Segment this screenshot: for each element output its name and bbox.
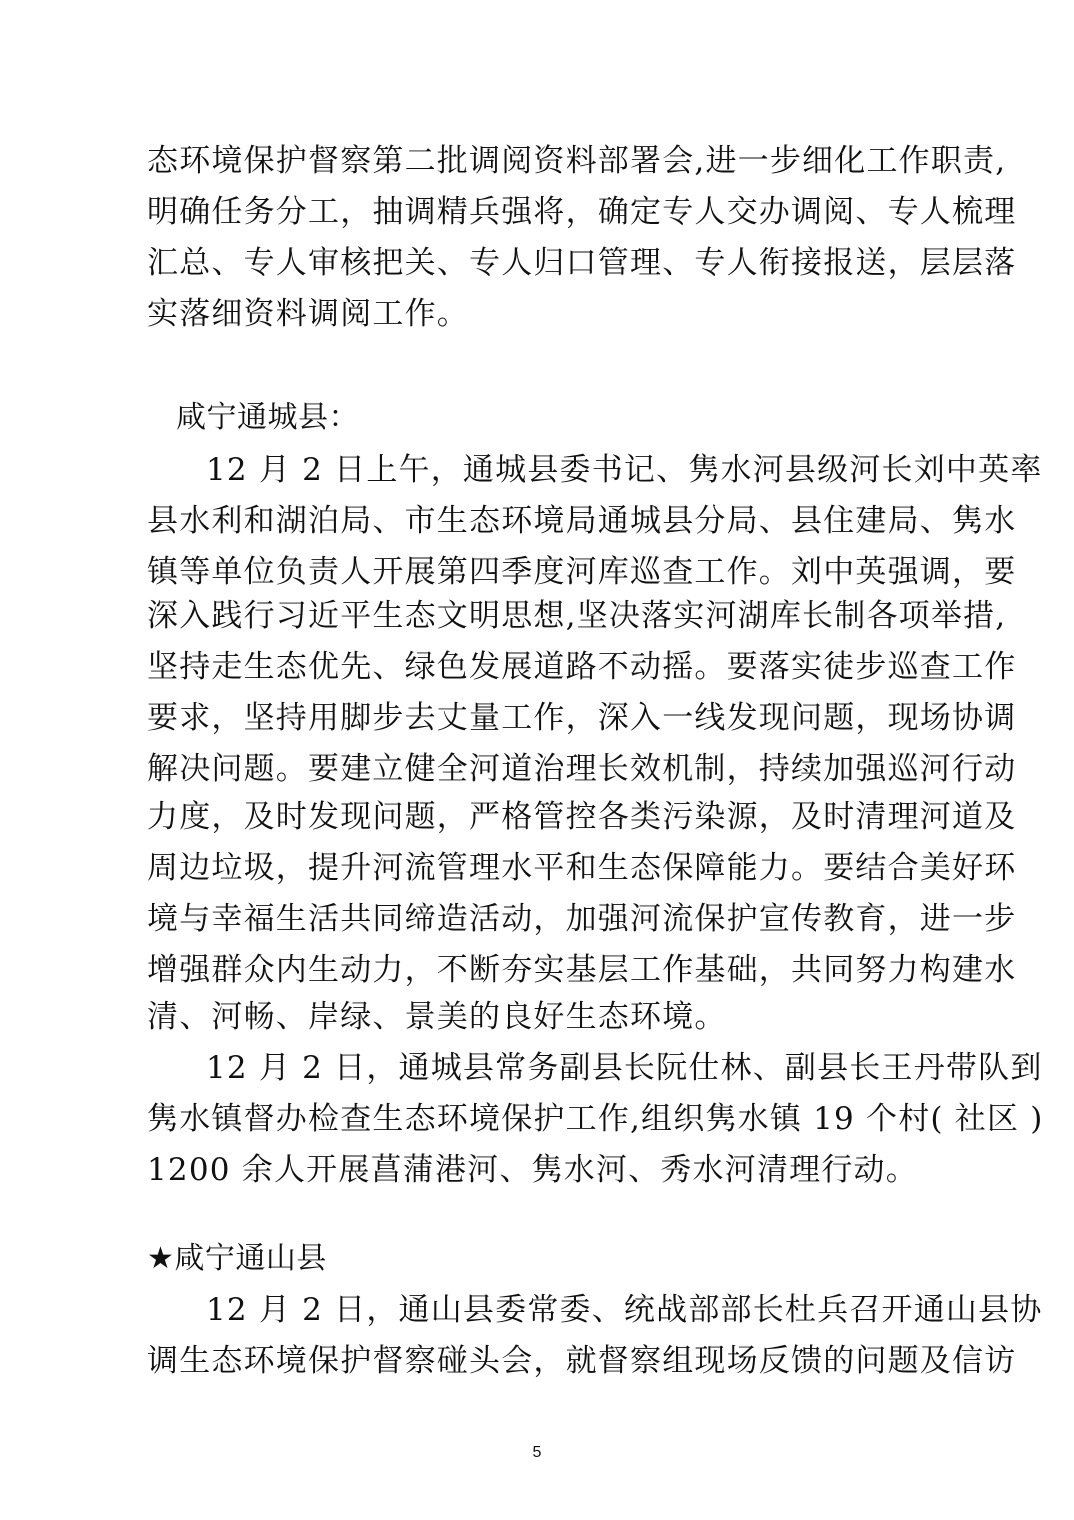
paragraph-line: 12 月 2 日，通山县委常委、统战部部长杜兵召开通山县协 — [206, 1290, 996, 1330]
paragraph-line: 1200 余人开展菖蒲港河、隽水河、秀水河清理行动。 — [147, 1150, 937, 1190]
paragraph-line: 清、河畅、岸绿、景美的良好生态环境。 — [147, 997, 937, 1037]
section-heading-tongcheng: 咸宁通城县： — [176, 398, 966, 438]
paragraph-line: 实落细资料调阅工作。 — [147, 294, 937, 334]
paragraph-line: 县水利和湖泊局、市生态环境局通城县分局、县住建局、隽水 — [147, 501, 937, 541]
paragraph-line: 明确任务分工，抽调精兵强将，确定专人交办调阅、专人梳理 — [147, 192, 937, 232]
document-page: 态环境保护督察第二批调阅资料部署会,进一步细化工作职责, 明确任务分工，抽调精兵… — [0, 0, 1074, 1520]
paragraph-line: 坚持走生态优先、绿色发展道路不动摇。要落实徒步巡查工作 — [147, 647, 937, 687]
paragraph-line: 深入践行习近平生态文明思想,坚决落实河湖库长制各项举措, — [147, 596, 937, 636]
section-heading-tongshan: ★咸宁通山县 — [147, 1239, 937, 1279]
paragraph-line: 要求，坚持用脚步去丈量工作，深入一线发现问题，现场协调 — [147, 698, 937, 738]
paragraph-line: 态环境保护督察第二批调阅资料部署会,进一步细化工作职责, — [147, 141, 937, 181]
paragraph-line: 周边垃圾，提升河流管理水平和生态保障能力。要结合美好环 — [147, 848, 937, 888]
paragraph-line: 调生态环境保护督察碰头会，就督察组现场反馈的问题及信访 — [147, 1341, 937, 1381]
paragraph-line: 隽水镇督办检查生态环境保护工作,组织隽水镇 19 个村( 社区 ) — [147, 1099, 937, 1139]
paragraph-line: 12 月 2 日，通城县常务副县长阮仕林、副县长王丹带队到 — [206, 1048, 996, 1088]
paragraph-line: 解决问题。要建立健全河道治理长效机制，持续加强巡河行动 — [147, 749, 937, 789]
paragraph-line: 力度，及时发现问题，严格管控各类污染源，及时清理河道及 — [147, 797, 937, 837]
paragraph-line: 镇等单位负责人开展第四季度河库巡查工作。刘中英强调，要 — [147, 552, 937, 592]
paragraph-line: 增强群众内生动力，不断夯实基层工作基础，共同努力构建水 — [147, 950, 937, 990]
paragraph-line: 境与幸福生活共同缔造活动，加强河流保护宣传教育，进一步 — [147, 899, 937, 939]
paragraph-line: 汇总、专人审核把关、专人归口管理、专人衔接报送，层层落 — [147, 243, 937, 283]
paragraph-line: 12 月 2 日上午，通城县委书记、隽水河县级河长刘中英率 — [206, 450, 996, 490]
page-number: 5 — [0, 1444, 1074, 1462]
